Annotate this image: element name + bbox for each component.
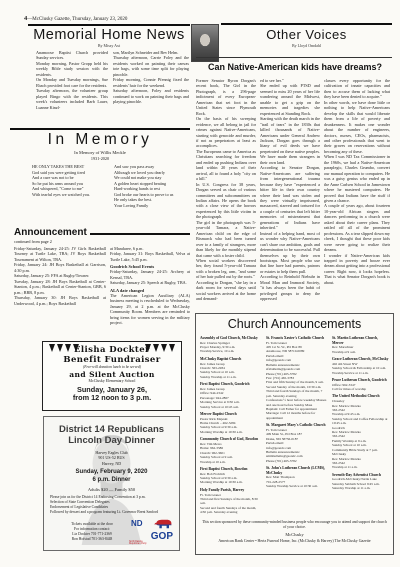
memorial-title: Memorial Home News	[28, 27, 190, 43]
in-memory-dedication: In Memory of Willis Meckle	[10, 150, 190, 155]
church-details: Fr. Tom Graner Third and first Sundays o…	[200, 493, 262, 515]
gop-ad-title-1: District 14 Republicans	[44, 424, 179, 435]
other-voices-column-2: ed to see her." She ended up with PTSD a…	[260, 78, 320, 308]
gop-ad-notes: Please join us for the District 14 Endor…	[50, 495, 173, 515]
church-details: 402 4th Street NW Sunday School & Fellow…	[332, 362, 389, 375]
church-name: St. Martin Lutheran Church, Mercer	[332, 336, 389, 345]
benefit-ad-venue: McClusky Elementary School	[43, 379, 181, 383]
church-entry: Grace Lutheran Church, McClusky 402 4th …	[332, 357, 389, 375]
church-announcements-section: Church Announcements Assembly of God Chu…	[195, 313, 394, 555]
church-name: Peace Lutheran Church, Goodrich	[332, 378, 389, 383]
church-entry: Mercer Baptist Church Pastor Rick Majesk…	[200, 412, 262, 434]
church-details: Rev. Marschner Worship at 9 a.m.	[332, 345, 389, 354]
announcement-goodrich-body: Friday-Saturday, January 24-25: Archery …	[110, 269, 190, 285]
gop-ad-tickets: Tickets available at the door For inform…	[56, 522, 128, 542]
church-details: Rev. Tim Mews Home: 962-3586 Church: 962…	[200, 442, 262, 464]
masthead-text: —McClusky Gazette, Thursday, January 23,…	[27, 17, 127, 22]
ndgop-logo-nd: ND	[131, 519, 143, 528]
church-entry: St. Margaret Mary's Catholic Church Fr. …	[266, 423, 328, 463]
gop-elephant-icon	[153, 518, 173, 530]
church-entry: St. Martin Lutheran Church, Mercer Rev. …	[332, 336, 389, 354]
announcement-column-2: at Mandaree, 6 p.m. Friday, January 31: …	[110, 246, 190, 342]
church-column-3: St. Martin Lutheran Church, Mercer Rev. …	[332, 336, 389, 514]
other-voices-column-3: classes every opportunity for the cultiv…	[324, 78, 390, 308]
other-voices-thin-rule	[196, 57, 392, 58]
memorial-column-1: Anamoose Baptist Church provided Sunday …	[36, 50, 108, 126]
in-memory-poem-col1: HE ONLY TAKES THE BEST God said you were…	[32, 164, 108, 226]
church-entry: St. Francis Xavier's Catholic Church Fr.…	[266, 336, 328, 420]
gop-ad-datetime: Sunday, February 9, 2020 6 p.m. Dinner	[44, 468, 179, 485]
masthead: 4—McClusky Gazette, Thursday, January 23…	[24, 15, 127, 22]
church-details: Chaseley Rev. Marlow Motzko 363-2542 Wor…	[332, 399, 389, 470]
ndgop-logo-gop: GOP	[151, 531, 173, 542]
benefit-ad-name: Elisha Dockter	[43, 345, 181, 355]
other-voices-byline: By Lloyd Omdahl	[221, 43, 392, 48]
church-entry: Seventh-Day Adventist Church Goodrich-Mc…	[332, 473, 389, 491]
church-details: Goodrich-McClusky/Turtle Lake Saturday S…	[332, 477, 389, 490]
announcement-rule	[90, 233, 190, 234]
benefit-ad: Elisha Dockter Benefit Fundraiser (Free-…	[42, 341, 182, 411]
church-entry: Holy Family Parish, Harvey Fr. Tom Grane…	[200, 488, 262, 514]
church-details: Rev. Matt Thompson 701-228-2577 Sunday W…	[266, 475, 328, 488]
other-voices-headline: Can Native-American kids have dreams?	[197, 62, 393, 72]
benefit-ad-event: Benefit Fundraiser	[43, 355, 181, 365]
announcement-continued: continued from page 2	[14, 239, 52, 244]
benefit-ad-auction: and Silent Auction	[43, 370, 181, 379]
church-entry: The United Methodist Church Chaseley Rev…	[332, 394, 389, 469]
church-details: Pastor Rick Majeski Home Church – 462-32…	[200, 417, 262, 435]
in-memory-poem-col2: And saw you pass away Although we loved …	[114, 164, 190, 226]
benefit-ad-note: (Free-will donation lunch to be served)	[43, 365, 181, 369]
announcement-heading: Announcement	[14, 227, 190, 238]
church-details: Fr. Tom Graner 409 Main St., PO Box 187 …	[266, 428, 328, 463]
church-details: Fr. Tom Graner 405 1st St. W., PO Box 89…	[266, 341, 328, 421]
church-sponsors: American Bank Center • Hertz Funeral Hom…	[196, 539, 393, 543]
memorial-byline: By Missy Axt	[28, 43, 190, 48]
other-voices-column-1: Former Senator Byron Dorgan's recent boo…	[196, 78, 256, 308]
announcement-col2-intro: at Mandaree, 6 p.m. Friday, January 31: …	[110, 246, 190, 262]
ndgop-logo: ND GOP North Dakota Republican Party	[129, 518, 175, 545]
gop-ad-title-2: Lincoln Day Dinner	[44, 435, 179, 446]
church-name: St. John's Lutheran Church (LCMS), McClu…	[266, 466, 328, 475]
in-memory-years: 1931-2020	[10, 156, 190, 161]
church-entry: Assembly of God Church, McClusky Rev. Ch…	[200, 336, 262, 354]
in-memory-title: In Memory	[10, 131, 190, 149]
church-details: Rev. James Group Church: 363-2284 Sunday…	[200, 362, 262, 380]
church-sponsor-city: McClusky	[196, 532, 393, 537]
church-name: Assembly of God Church, McClusky	[200, 336, 262, 341]
memorial-top-rule	[28, 24, 190, 26]
other-voices-title: Other Voices	[221, 27, 392, 42]
memorial-column-2: son, Marilyn Schneider and Bev Helm. Thu…	[113, 50, 189, 126]
gop-ad-price: Adults $20 — Family $50	[44, 487, 179, 492]
announcement-title: Announcement	[14, 227, 87, 238]
church-details: Rev. James Group Office: 944-2342 Parson…	[200, 387, 262, 409]
ndgop-logo-caption: North Dakota Republican Party	[129, 541, 153, 545]
announcement-column-1: Friday-Saturday, January 24-25: JV Girls…	[14, 246, 106, 340]
church-entry: Peace Lutheran Church, Goodrich Office: …	[332, 378, 389, 391]
church-entry: First Baptist Church, Goodrich Rev. Jame…	[200, 382, 262, 409]
church-entry: First Baptist Church, Bowdon Rev. Bob Fr…	[200, 467, 262, 485]
announcement-ala-body: The American Legion Auxiliary (ALA) busi…	[110, 293, 190, 326]
church-entry: St. John's Lutheran Church (LCMS), McClu…	[266, 466, 328, 489]
church-entry: Community Church of God, Bowdon Rev. Tim…	[200, 437, 262, 464]
gop-ad: District 14 Republicans Lincoln Day Dinn…	[43, 416, 180, 551]
gop-ad-venue: Harvey Eagles Club 901 US-52 BUS Harvey,…	[44, 450, 179, 466]
church-footer-note: This section sponsored by these communit…	[202, 520, 387, 530]
church-details: Rev. Bob Frohlich Sunday School at 9:30 …	[200, 472, 262, 485]
church-title: Church Announcements	[196, 317, 393, 331]
newspaper-page: 4—McClusky Gazette, Thursday, January 23…	[0, 0, 400, 567]
other-voices-top-rule	[221, 23, 392, 25]
church-entry: McClusky Baptist Church Rev. James Group…	[200, 357, 262, 379]
in-memory-rule	[10, 128, 190, 130]
church-column-2: St. Francis Xavier's Catholic Church Fr.…	[266, 336, 328, 514]
church-details: Rev. Charles Springer Prayer Monday, 9:3…	[200, 341, 262, 354]
church-name: St. Francis Xavier's Catholic Church	[266, 336, 328, 341]
church-details: Office: 962-3347 Call for times of worsh…	[332, 383, 389, 392]
benefit-ad-time: from 12 noon to 3 p.m.	[43, 393, 181, 402]
church-column-1: Assembly of God Church, McClusky Rev. Ch…	[200, 336, 262, 514]
